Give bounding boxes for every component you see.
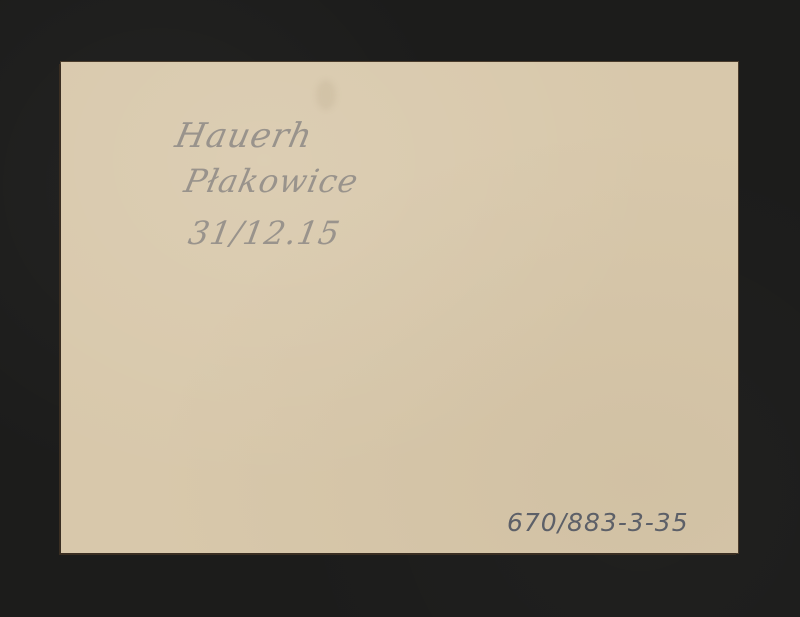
- handwritten-name: Hauerh: [172, 116, 317, 156]
- handwritten-place: Płakowice: [181, 162, 362, 200]
- catalog-number: 670/883-3-35: [507, 508, 689, 537]
- handwritten-date: 31/12.15: [186, 214, 344, 252]
- card-reverse: Hauerh Płakowice 31/12.15 670/883-3-35: [61, 62, 738, 553]
- smudge-mark: [316, 80, 336, 110]
